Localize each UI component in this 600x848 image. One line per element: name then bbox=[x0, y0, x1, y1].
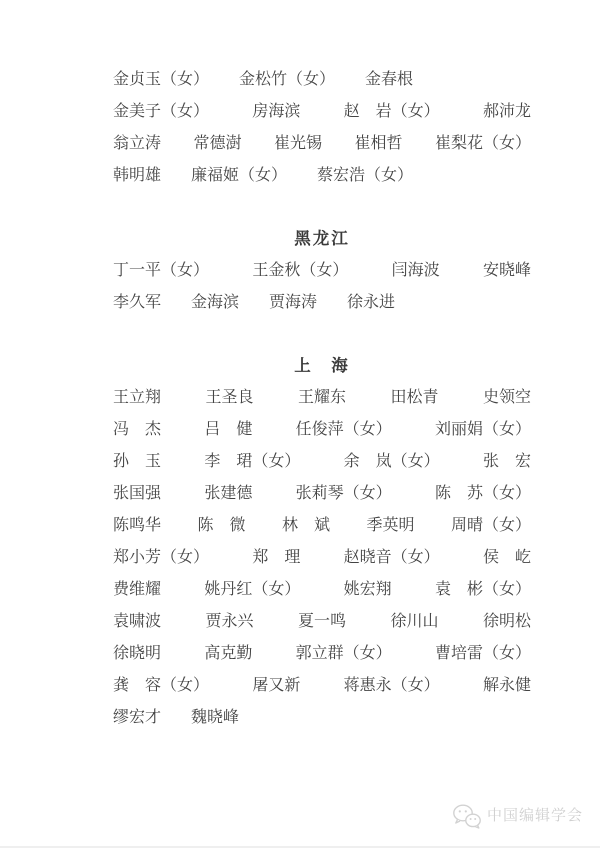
section-header: 上 海 bbox=[113, 357, 531, 374]
section-rows: 丁一平（女）王金秋（女）闫海波安晓峰李久军金海滨贾海涛徐永进 bbox=[113, 263, 531, 311]
person-name: 徐晓明 bbox=[113, 646, 161, 662]
person-name: 曹培雷（女） bbox=[435, 646, 531, 662]
person-name: 张建德 bbox=[204, 486, 252, 502]
person-name: 郑小芳（女） bbox=[113, 550, 209, 566]
person-name: 徐永进 bbox=[347, 295, 395, 311]
person-name: 袁 彬（女） bbox=[435, 582, 531, 598]
person-name: 金春根 bbox=[365, 72, 413, 88]
person-name: 王金秋（女） bbox=[252, 263, 348, 279]
person-name: 安晓峰 bbox=[483, 263, 531, 279]
person-name: 廉福姬（女） bbox=[191, 168, 287, 184]
person-name: 贾永兴 bbox=[205, 614, 253, 630]
person-name: 陈 苏（女） bbox=[435, 486, 531, 502]
person-name: 崔光锡 bbox=[274, 136, 322, 152]
name-row: 龚 容（女）屠又新蒋惠永（女）解永健 bbox=[113, 678, 531, 694]
name-row: 李久军金海滨贾海涛徐永进 bbox=[113, 295, 531, 311]
name-row: 张国强张建德张莉琴（女）陈 苏（女） bbox=[113, 486, 531, 502]
person-name: 翁立涛 bbox=[113, 136, 161, 152]
person-name: 侯 屹 bbox=[483, 550, 531, 566]
person-name: 李久军 bbox=[113, 295, 161, 311]
person-name: 姚宏翔 bbox=[344, 582, 392, 598]
name-list: 金贞玉（女）金松竹（女）金春根金美子（女）房海滨赵 岩（女）郝沛龙翁立涛常德澍崔… bbox=[113, 72, 531, 742]
person-name: 崔相哲 bbox=[354, 136, 402, 152]
name-row: 陈鸣华陈 微林 斌季英明周晴（女） bbox=[113, 518, 531, 534]
person-name: 蒋惠永（女） bbox=[344, 678, 440, 694]
person-name: 解永健 bbox=[483, 678, 531, 694]
person-name: 田松青 bbox=[390, 390, 438, 406]
person-name: 王立翔 bbox=[113, 390, 161, 406]
name-row: 金贞玉（女）金松竹（女）金春根 bbox=[113, 72, 531, 88]
person-name: 贾海涛 bbox=[269, 295, 317, 311]
person-name: 陈 微 bbox=[197, 518, 245, 534]
person-name: 孙 玉 bbox=[113, 454, 161, 470]
person-name: 蔡宏浩（女） bbox=[317, 168, 413, 184]
person-name: 赵 岩（女） bbox=[344, 104, 440, 120]
name-row: 郑小芳（女）郑 理赵晓音（女）侯 屹 bbox=[113, 550, 531, 566]
person-name: 屠又新 bbox=[252, 678, 300, 694]
watermark: 中国编辑学会 bbox=[452, 803, 583, 829]
person-name: 费维耀 bbox=[113, 582, 161, 598]
person-name: 林 斌 bbox=[282, 518, 330, 534]
person-name: 周晴（女） bbox=[451, 518, 531, 534]
name-row: 缪宏才魏晓峰 bbox=[113, 710, 531, 726]
person-name: 李 珺（女） bbox=[204, 454, 300, 470]
name-row: 袁啸波贾永兴夏一鸣徐川山徐明松 bbox=[113, 614, 531, 630]
person-name: 徐川山 bbox=[390, 614, 438, 630]
person-name: 赵晓音（女） bbox=[344, 550, 440, 566]
name-row: 王立翔王圣良王耀东田松青史领空 bbox=[113, 390, 531, 406]
person-name: 韩明雄 bbox=[113, 168, 161, 184]
person-name: 丁一平（女） bbox=[113, 263, 209, 279]
person-name: 高克勤 bbox=[204, 646, 252, 662]
name-row: 翁立涛常德澍崔光锡崔相哲崔梨花（女） bbox=[113, 136, 531, 152]
person-name: 袁啸波 bbox=[113, 614, 161, 630]
person-name: 陈鸣华 bbox=[113, 518, 161, 534]
person-name: 冯 杰 bbox=[113, 422, 161, 438]
person-name: 王耀东 bbox=[298, 390, 346, 406]
person-name: 王圣良 bbox=[205, 390, 253, 406]
name-row: 费维耀姚丹红（女）姚宏翔袁 彬（女） bbox=[113, 582, 531, 598]
name-row: 冯 杰吕 健任俊萍（女）刘丽娟（女） bbox=[113, 422, 531, 438]
person-name: 刘丽娟（女） bbox=[435, 422, 531, 438]
person-name: 金海滨 bbox=[191, 295, 239, 311]
name-row: 孙 玉李 珺（女）余 岚（女）张 宏 bbox=[113, 454, 531, 470]
person-name: 龚 容（女） bbox=[113, 678, 209, 694]
person-name: 房海滨 bbox=[252, 104, 300, 120]
name-row: 丁一平（女）王金秋（女）闫海波安晓峰 bbox=[113, 263, 531, 279]
person-name: 金贞玉（女） bbox=[113, 72, 209, 88]
person-name: 金松竹（女） bbox=[239, 72, 335, 88]
wechat-icon bbox=[452, 803, 482, 829]
person-name: 吕 健 bbox=[204, 422, 252, 438]
person-name: 闫海波 bbox=[392, 263, 440, 279]
person-name: 金美子（女） bbox=[113, 104, 209, 120]
person-name: 史领空 bbox=[483, 390, 531, 406]
person-name: 常德澍 bbox=[193, 136, 241, 152]
person-name: 张 宏 bbox=[483, 454, 531, 470]
person-name: 郭立群（女） bbox=[296, 646, 392, 662]
person-name: 夏一鸣 bbox=[298, 614, 346, 630]
section-header: 黑龙江 bbox=[113, 230, 531, 247]
person-name: 任俊萍（女） bbox=[296, 422, 392, 438]
person-name: 崔梨花（女） bbox=[435, 136, 531, 152]
name-row: 徐晓明高克勤郭立群（女）曹培雷（女） bbox=[113, 646, 531, 662]
person-name: 张莉琴（女） bbox=[296, 486, 392, 502]
section-rows: 王立翔王圣良王耀东田松青史领空冯 杰吕 健任俊萍（女）刘丽娟（女）孙 玉李 珺（… bbox=[113, 390, 531, 726]
document-page: 金贞玉（女）金松竹（女）金春根金美子（女）房海滨赵 岩（女）郝沛龙翁立涛常德澍崔… bbox=[0, 0, 600, 848]
section-rows: 金贞玉（女）金松竹（女）金春根金美子（女）房海滨赵 岩（女）郝沛龙翁立涛常德澍崔… bbox=[113, 72, 531, 184]
province-section: 黑龙江丁一平（女）王金秋（女）闫海波安晓峰李久军金海滨贾海涛徐永进 bbox=[113, 230, 531, 311]
person-name: 郝沛龙 bbox=[483, 104, 531, 120]
province-section: 上 海王立翔王圣良王耀东田松青史领空冯 杰吕 健任俊萍（女）刘丽娟（女）孙 玉李… bbox=[113, 357, 531, 726]
person-name: 张国强 bbox=[113, 486, 161, 502]
watermark-label: 中国编辑学会 bbox=[487, 803, 583, 829]
name-row: 韩明雄廉福姬（女）蔡宏浩（女） bbox=[113, 168, 531, 184]
name-row: 金美子（女）房海滨赵 岩（女）郝沛龙 bbox=[113, 104, 531, 120]
person-name: 徐明松 bbox=[483, 614, 531, 630]
person-name: 魏晓峰 bbox=[191, 710, 239, 726]
person-name: 郑 理 bbox=[252, 550, 300, 566]
person-name: 季英明 bbox=[366, 518, 414, 534]
person-name: 姚丹红（女） bbox=[204, 582, 300, 598]
person-name: 缪宏才 bbox=[113, 710, 161, 726]
province-section: 金贞玉（女）金松竹（女）金春根金美子（女）房海滨赵 岩（女）郝沛龙翁立涛常德澍崔… bbox=[113, 72, 531, 184]
person-name: 余 岚（女） bbox=[344, 454, 440, 470]
